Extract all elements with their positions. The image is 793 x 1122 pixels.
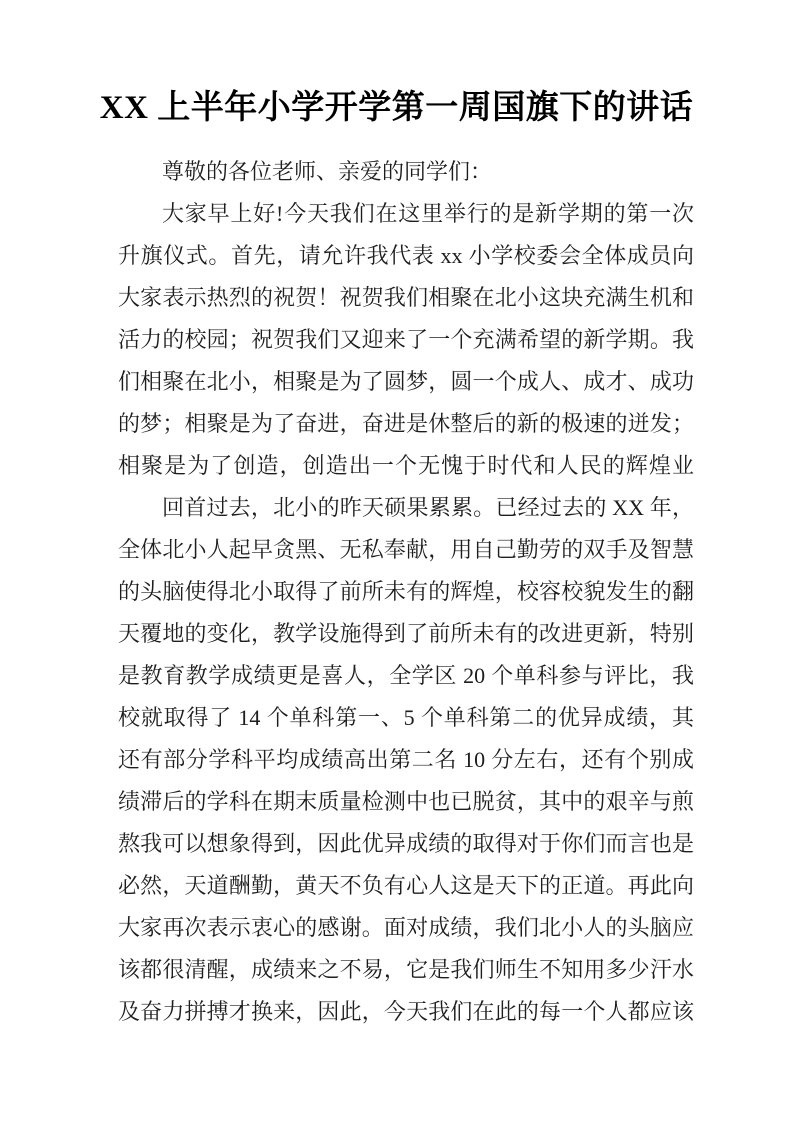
text-line: 的头脑使得北小取得了前所未有的辉煌，校容校貌发生的翻 [118,571,694,613]
text-line: 必然，天道酬勤，黄天不负有心人这是天下的正道。再此向 [118,865,694,907]
text-line: 们相聚在北小，相聚是为了圆梦，圆一个成人、成才、成功 [118,361,694,403]
text-line: 大家表示热烈的祝贺！祝贺我们相聚在北小这块充满生机和 [118,277,694,319]
text-line: 活力的校园；祝贺我们又迎来了一个充满希望的新学期。我 [118,319,694,361]
text-line: 大家再次表示衷心的感谢。面对成绩，我们北小人的头脑应 [118,907,694,949]
text-line: 回首过去，北小的昨天硕果累累。已经过去的 XX 年， [118,487,694,529]
text-line: 及奋力拼搏才换来，因此，今天我们在此的每一个人都应该 [118,991,694,1033]
text-line: 是教育教学成绩更是喜人，全学区 20 个单科参与评比，我 [118,655,694,697]
document-page: XX 上半年小学开学第一周国旗下的讲话 尊敬的各位老师、亲爱的同学们：大家早上好… [0,0,793,1122]
text-line: 绩滞后的学科在期末质量检测中也已脱贫，其中的艰辛与煎 [118,781,694,823]
text-line: 大家早上好!今天我们在这里举行的是新学期的第一次 [118,193,694,235]
document-body: 尊敬的各位老师、亲爱的同学们：大家早上好!今天我们在这里举行的是新学期的第一次升… [118,151,694,1033]
text-line: 全体北小人起早贪黑、无私奉献，用自己勤劳的双手及智慧 [118,529,694,571]
text-line: 还有部分学科平均成绩高出第二名 10 分左右，还有个别成 [118,739,694,781]
document-title: XX 上半年小学开学第一周国旗下的讲话 [0,84,793,132]
text-line: 熬我可以想象得到，因此优异成绩的取得对于你们而言也是 [118,823,694,865]
text-line: 的梦；相聚是为了奋进，奋进是休整后的新的极速的迸发； [118,403,694,445]
text-line: 该都很清醒，成绩来之不易，它是我们师生不知用多少汗水 [118,949,694,991]
text-line: 尊敬的各位老师、亲爱的同学们： [118,151,694,193]
text-line: 相聚是为了创造，创造出一个无愧于时代和人民的辉煌业绩。 [118,445,694,487]
text-line: 天覆地的变化，教学设施得到了前所未有的改进更新，特别 [118,613,694,655]
text-line: 升旗仪式。首先，请允许我代表 xx 小学校委会全体成员向 [118,235,694,277]
text-line: 校就取得了 14 个单科第一、5 个单科第二的优异成绩，其中 [118,697,694,739]
